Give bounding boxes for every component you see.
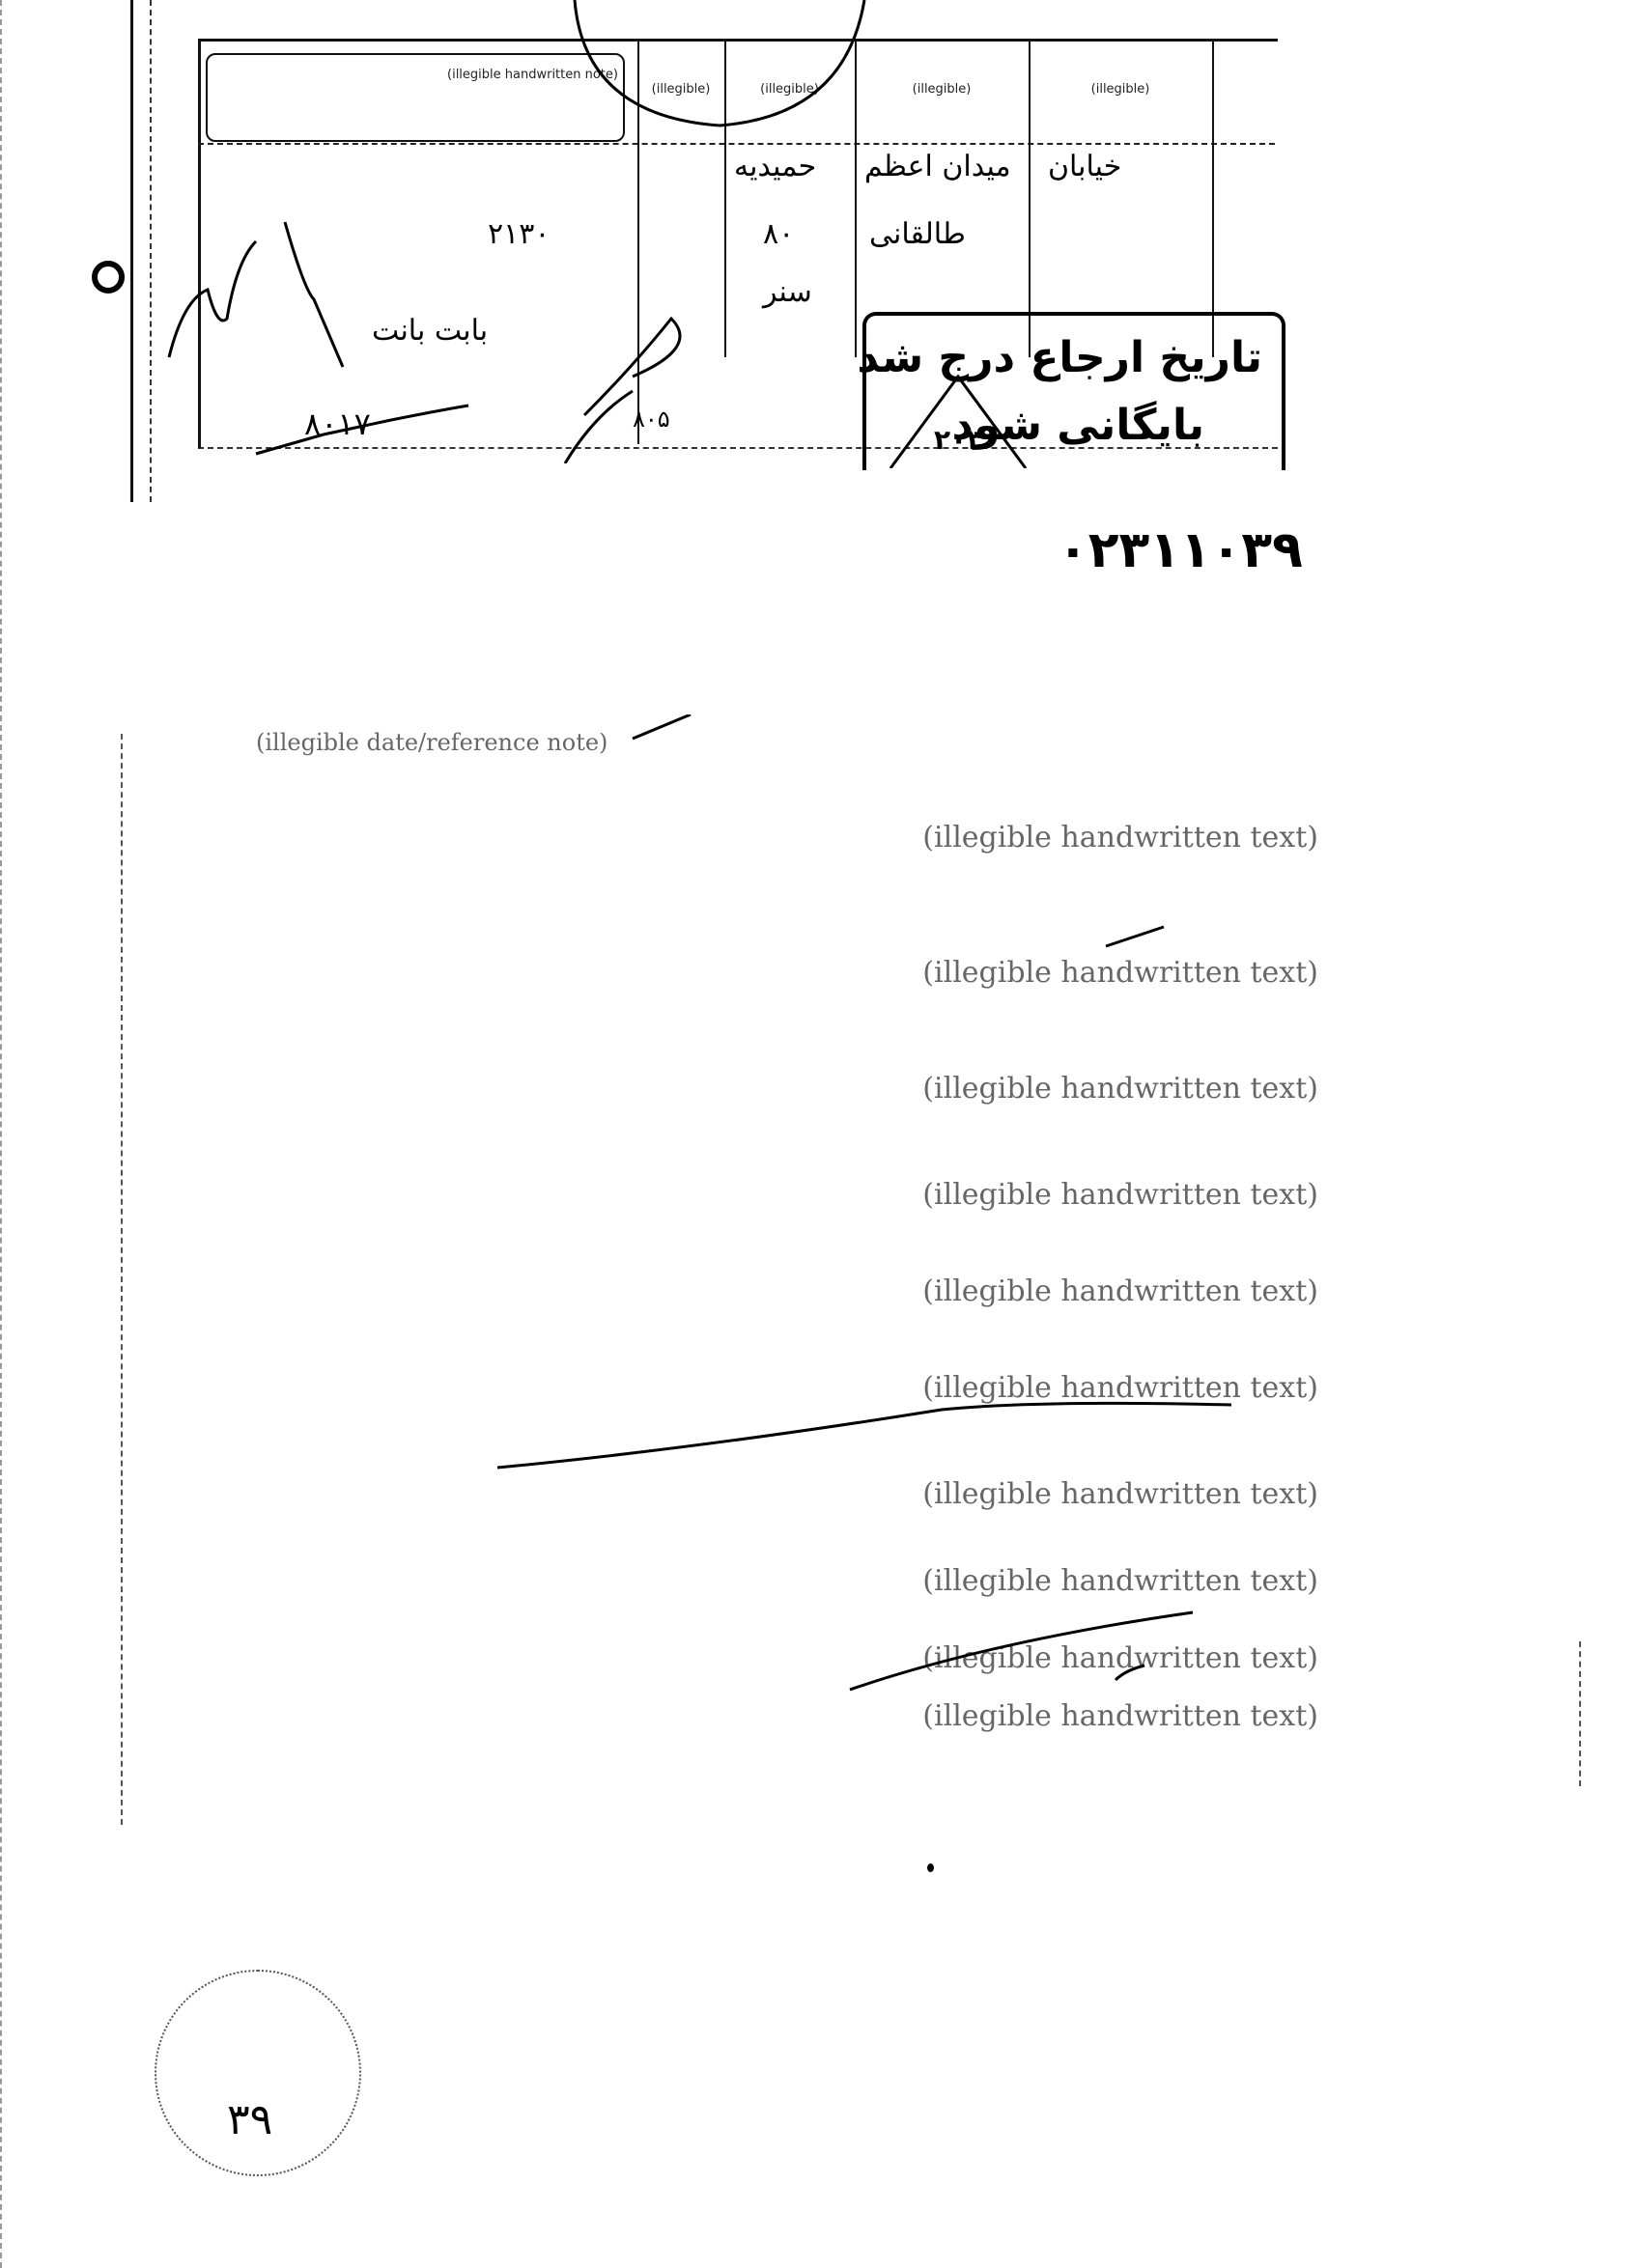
column-header: (illegible) xyxy=(1033,82,1207,97)
stamp-triangle-number: ۲۰۳ xyxy=(934,424,983,456)
pen-circle-stroke xyxy=(565,0,884,154)
form-cell: میدان اعظم xyxy=(864,150,1011,183)
triangle-annotation: ۸۰۵ xyxy=(633,406,670,433)
form-info-note: (illegible handwritten note) xyxy=(212,68,618,82)
signature-number: ۸۰۱۷ xyxy=(304,406,371,442)
margin-circle-mark xyxy=(92,261,125,294)
scan-edge-right xyxy=(1579,1641,1581,1786)
handwritten-letter: (illegible date/reference note) (illegib… xyxy=(121,714,1357,1834)
letter-pen-strokes xyxy=(121,714,1357,1834)
archive-stamp: تاریخ ارجاع درج شد بایگانی شود ۲۰۳ xyxy=(862,312,1285,470)
form-cell: خیابان xyxy=(1048,150,1121,183)
form-cell: حمیدیه xyxy=(734,150,816,183)
column-header: (illegible) xyxy=(860,82,1024,97)
scan-edge-left xyxy=(0,0,2,2268)
column-divider xyxy=(1029,39,1031,357)
ink-dot xyxy=(927,1863,934,1872)
form-cell: سنر xyxy=(763,275,812,309)
faded-circular-seal xyxy=(155,1970,361,2176)
form-cell: طالقانی xyxy=(869,217,966,251)
form-info-box xyxy=(206,53,625,142)
document-serial-number: ۰۲۳۱۱۰۳۹ xyxy=(1058,521,1303,579)
column-divider xyxy=(1212,39,1214,357)
page-number: ۳۹ xyxy=(227,2095,272,2144)
